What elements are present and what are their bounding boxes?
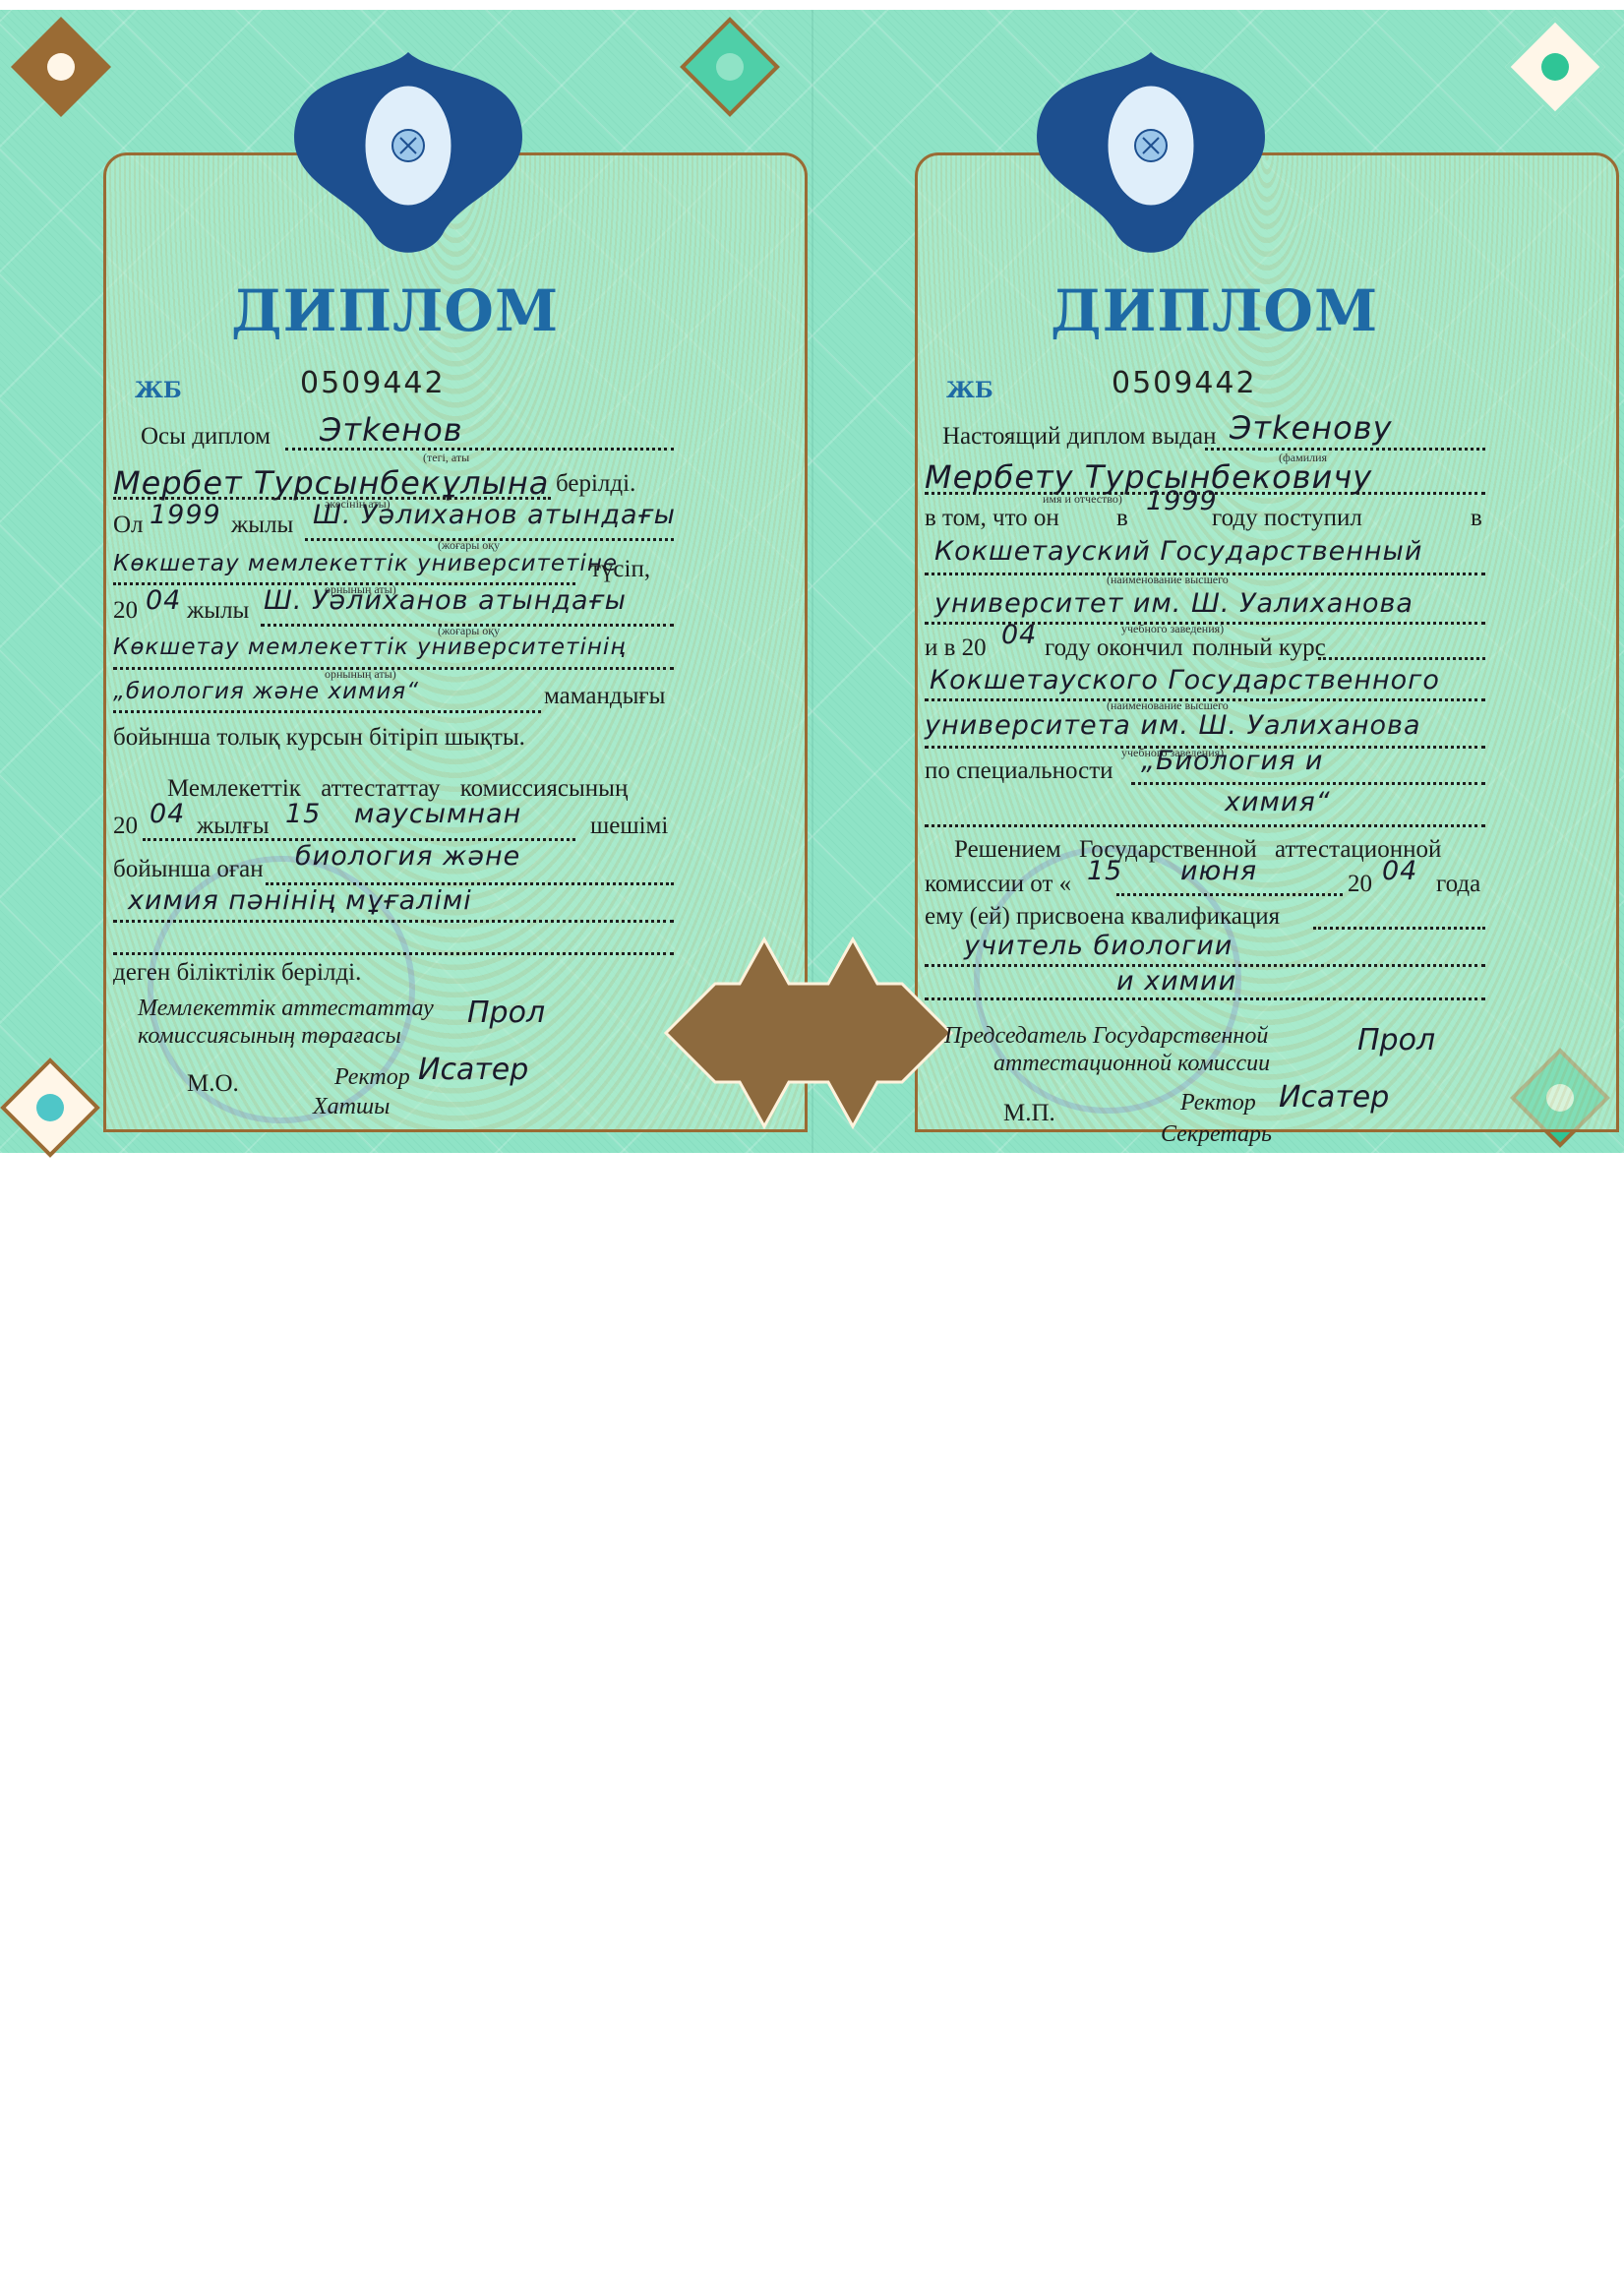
fill-line: [113, 710, 541, 713]
year-prefix: 20: [1348, 871, 1372, 898]
decision-day: 15: [285, 799, 321, 829]
institution-graduated-2: Көкшетау мемлекеттік университетінің: [113, 634, 627, 660]
fill-line: [1205, 448, 1485, 451]
state-emblem-icon: [1028, 47, 1274, 273]
year-graduated: 04: [146, 585, 181, 616]
text-v: в: [1116, 505, 1128, 532]
decision-day: 15: [1087, 856, 1122, 886]
specialty-label: по специальности: [925, 757, 1113, 785]
secretary-label: Секретарь: [1161, 1121, 1272, 1148]
text-boiynsha-ogan: бойынша оған: [113, 856, 264, 883]
seal-place-label: М.П.: [1003, 1100, 1055, 1127]
institution-graduated-2: университета им. Ш. Уалиханова: [925, 710, 1421, 741]
rector-label: Ректор: [1180, 1090, 1256, 1117]
text-sheshimi: шешімі: [590, 813, 668, 840]
institution-entered-1: Кокшетауский Государственный: [934, 536, 1422, 567]
rector-label: Ректор: [334, 1064, 410, 1091]
series-label: ЖБ: [135, 378, 182, 403]
fill-line: [925, 997, 1485, 1000]
fill-line: [113, 920, 674, 923]
secretary-label: Хатшы: [313, 1094, 390, 1120]
chair-label: Председатель Государственной: [944, 1023, 1268, 1050]
rector-signature: Исатер: [418, 1053, 528, 1087]
decision-month: маусымнан: [354, 799, 521, 829]
text-zhyly: жылы: [187, 597, 249, 625]
year-graduated: 04: [1001, 620, 1037, 650]
field-hint: (тегі, аты: [423, 451, 469, 465]
text-commission-from: комиссии от «: [925, 871, 1071, 898]
seal-place-label: М.О.: [187, 1070, 239, 1098]
surname-handwritten: Этkенову: [1230, 409, 1393, 447]
year-entered: 1999: [1146, 486, 1218, 516]
fill-line: [925, 824, 1485, 827]
qualification-2: химия пәнінің мұғалімі: [128, 885, 472, 916]
year-prefix: 20: [113, 813, 138, 840]
diploma-title: ДИПЛОМ: [1051, 277, 1378, 344]
fill-line: [1313, 927, 1485, 930]
institution-entered-2: университет им. Ш. Уалиханова: [934, 588, 1413, 619]
institution-graduated-1: Ш. Уәлиханов атындағы: [264, 585, 627, 616]
text-year-out: и в 20: [925, 634, 987, 662]
institution-entered-2: Көкшетау мемлекеттік университетіне: [113, 551, 618, 576]
qualification-label: ему (ей) присвоена квалификация: [925, 903, 1280, 931]
text-mamandygy: мамандығы: [544, 683, 665, 710]
qualification-2: и химии: [1116, 966, 1236, 997]
fill-line: [1131, 782, 1485, 785]
fill-line: [1318, 657, 1485, 660]
completed-text: бойынша толық курсын бітіріп шықты.: [113, 724, 525, 752]
issued-to-label: Осы диплом: [141, 423, 271, 451]
year-entered: 1999: [150, 500, 221, 530]
diploma-number: 0509442: [300, 366, 446, 400]
specialty-handwritten-1: „Биология и: [1141, 746, 1323, 776]
decision-year: 04: [150, 799, 185, 829]
qualification-1: учитель биологии: [964, 931, 1233, 961]
state-emblem-icon: [285, 47, 531, 273]
field-hint: (наименование высшего: [1107, 573, 1229, 587]
text-full-course: полный курс: [1192, 634, 1326, 662]
diploma-title: ДИПЛОМ: [231, 277, 559, 344]
year-prefix: 20: [113, 597, 138, 625]
chair-label: аттестационной комиссии: [993, 1051, 1270, 1077]
text-v: в: [1471, 505, 1482, 532]
chair-label: комиссиясының төрағасы: [138, 1023, 401, 1050]
fill-line: [113, 952, 674, 955]
gold-plaque: [661, 935, 956, 1131]
qualification-1: биология және: [295, 841, 520, 872]
series-label: ЖБ: [946, 378, 993, 403]
rector-signature: Исатер: [1279, 1080, 1389, 1115]
issued-suffix: берілді.: [556, 470, 635, 498]
institution-graduated-1: Кокшетауского Государственного: [930, 665, 1440, 695]
chair-label: Мемлекеттік аттестаттау: [138, 996, 434, 1022]
chair-signature: Прол: [1357, 1023, 1435, 1057]
decision-month: июня: [1180, 856, 1257, 886]
institution-entered-1: Ш. Уәлиханов атындағы: [313, 500, 676, 530]
text-ol: Ол: [113, 512, 144, 539]
surname-handwritten: Этkенов: [320, 411, 463, 449]
text-entered-post: году поступил: [1212, 505, 1362, 532]
chair-signature: Прол: [467, 996, 545, 1030]
text-entered: в том, что он: [925, 505, 1059, 532]
fill-line: [1116, 893, 1343, 896]
decision-year: 04: [1382, 856, 1417, 886]
text-zhyly: жылы: [231, 512, 293, 539]
text-tusip: түсіп,: [590, 556, 650, 583]
text-year-out-post: году окончил: [1045, 634, 1183, 662]
specialty-handwritten-2: химия“: [1225, 787, 1331, 817]
qualification-given-text: деген біліктілік берілді.: [113, 959, 361, 987]
diploma-number: 0509442: [1112, 366, 1257, 400]
specialty-handwritten: „биология және химия“: [113, 679, 419, 704]
text-zhylgy: жылғы: [197, 813, 270, 840]
text-goda: года: [1436, 871, 1480, 898]
issued-to-label: Настоящий диплом выдан: [942, 423, 1216, 451]
